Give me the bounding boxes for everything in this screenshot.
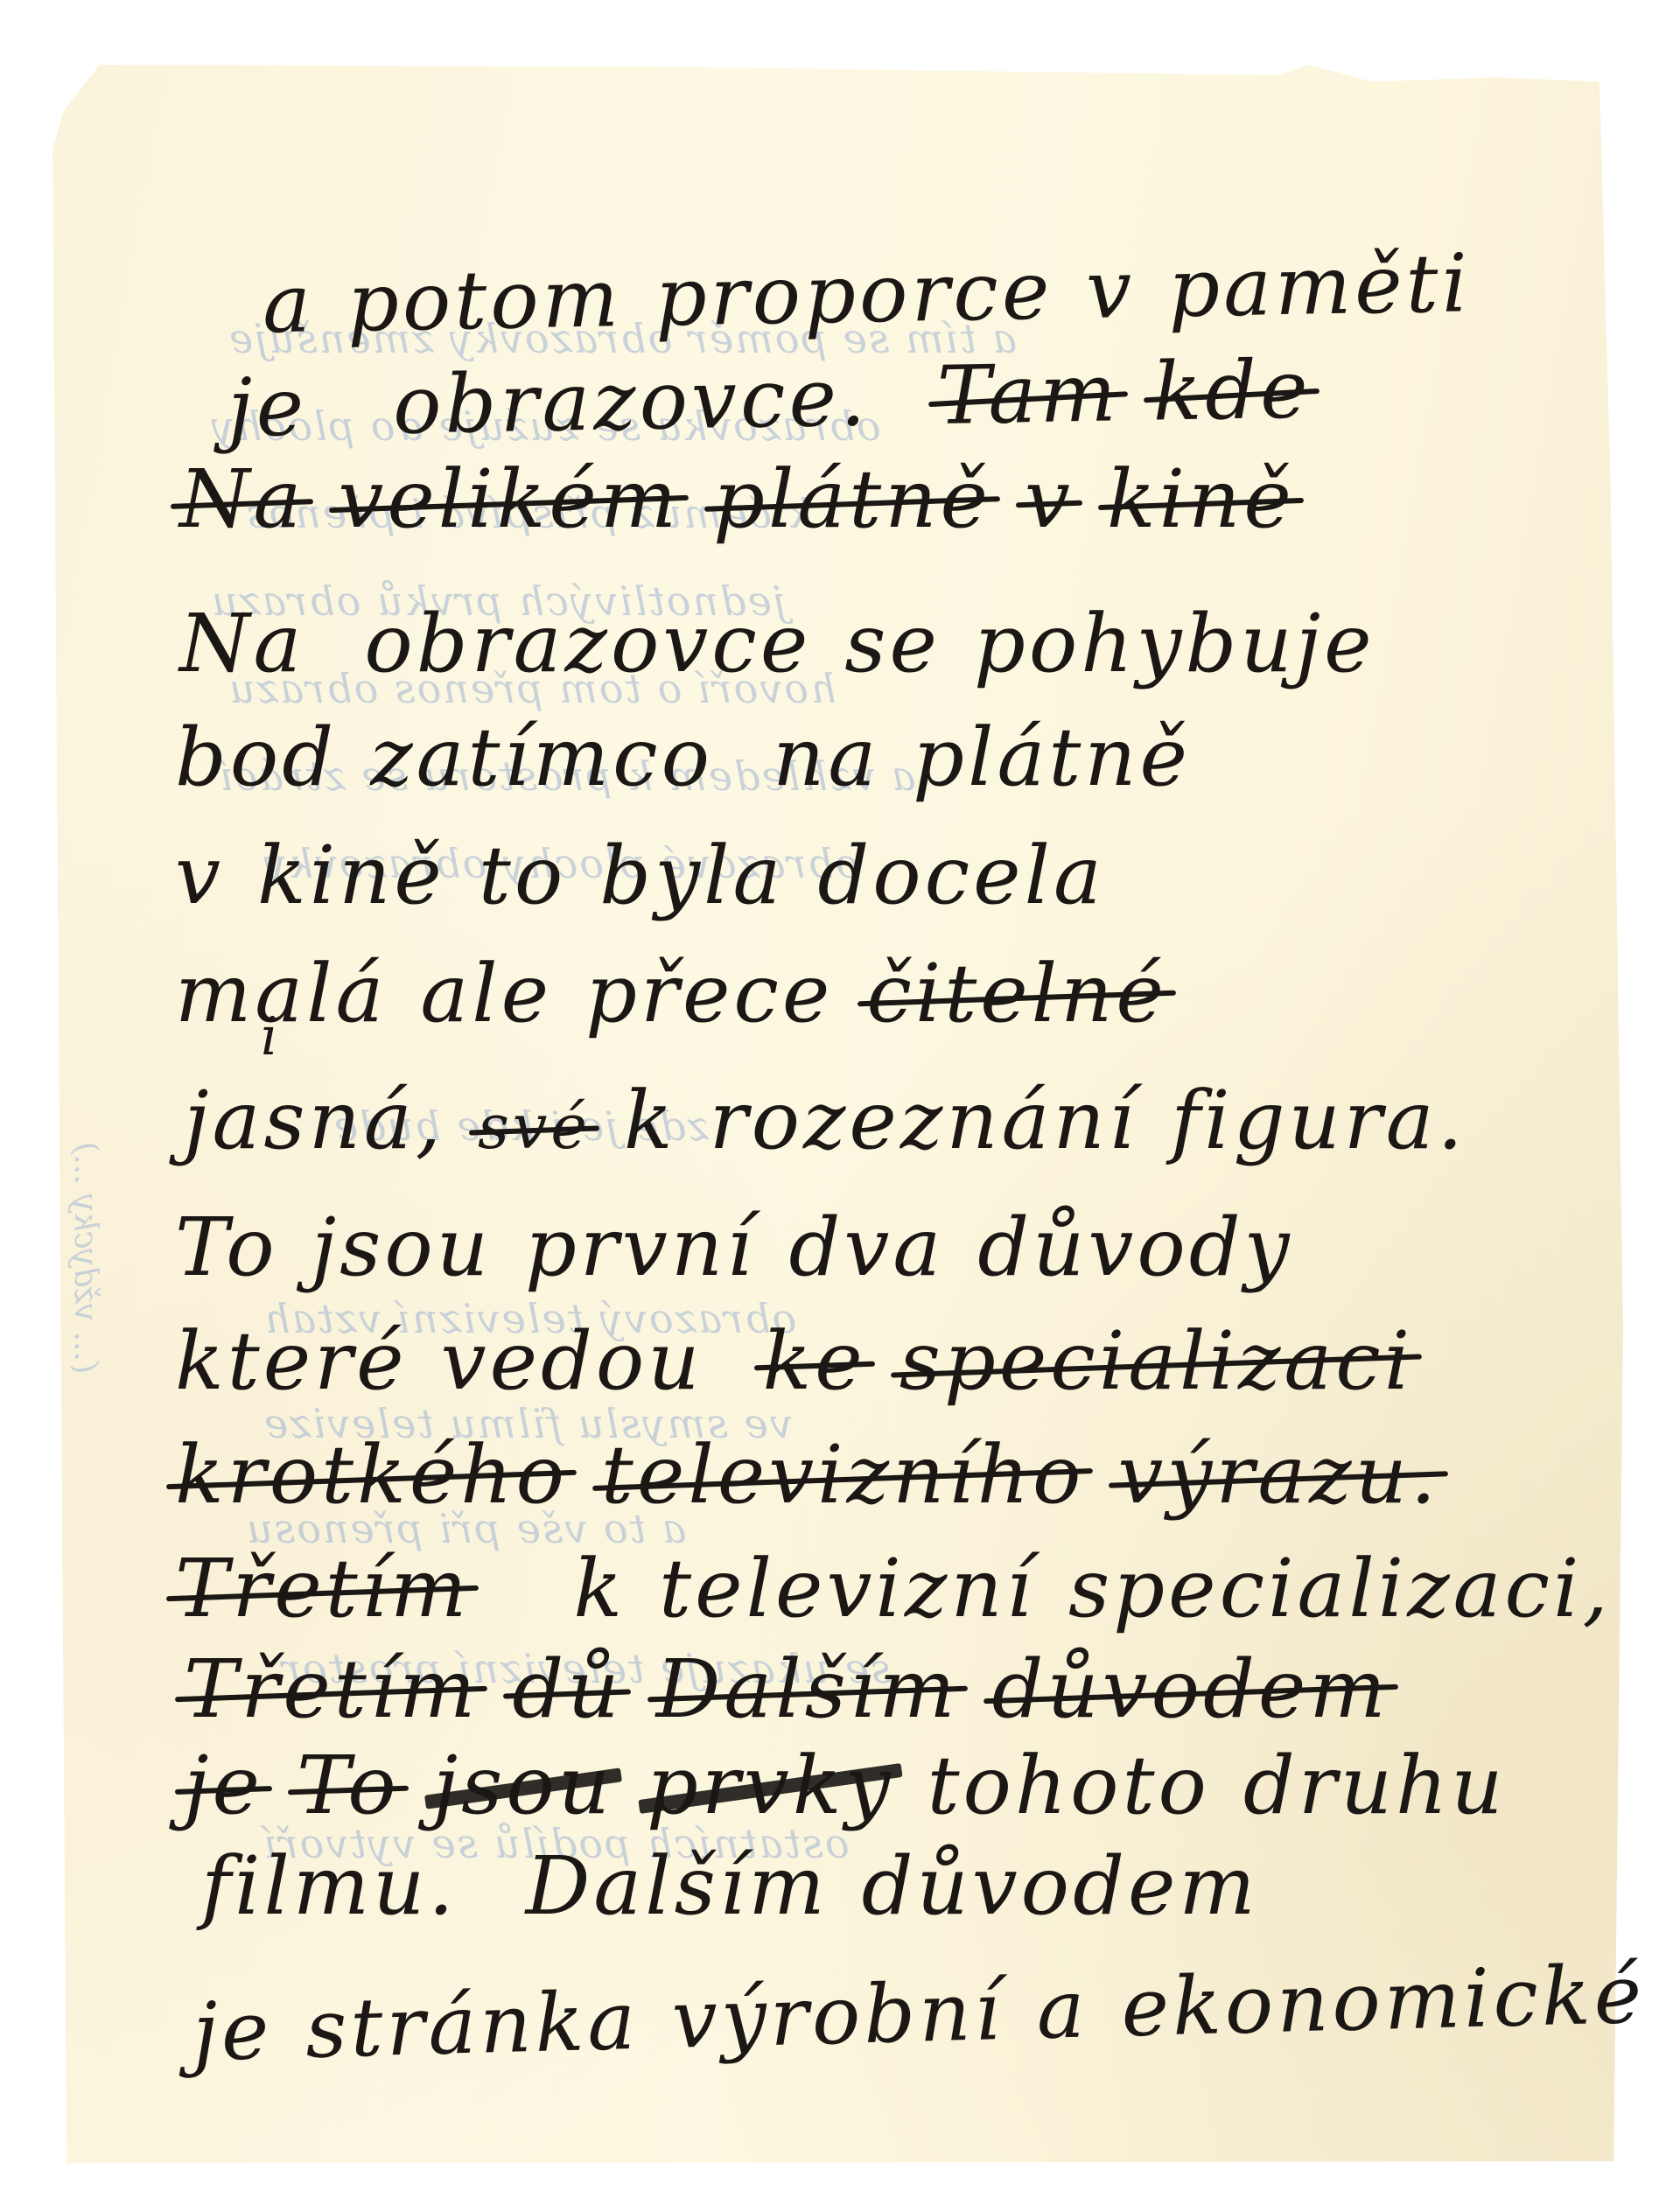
word: bod [175, 717, 337, 798]
word: k [624, 1081, 676, 1161]
word: proporce [654, 251, 1053, 339]
manuscript-line: jeTojsouprvkytohotodruhu [184, 1746, 1540, 1826]
manuscript-line: TřetímdůDalšímdůvodem [184, 1649, 1423, 1730]
word: figura. [1171, 1081, 1466, 1161]
struck-word: kde [1152, 350, 1312, 433]
struck-word: Dalším [656, 1649, 959, 1730]
struck-word: je [184, 1746, 263, 1826]
word: k [573, 1549, 626, 1629]
manuscript-line: Tojsouprvnídvadůvody [175, 1207, 1326, 1288]
word: které [175, 1321, 408, 1402]
word: jsou [311, 1207, 492, 1288]
word: první [525, 1207, 756, 1288]
struck-word: dů [512, 1649, 622, 1730]
manuscript-line: maláalepřecečitelné [175, 954, 1200, 1034]
word: na [773, 717, 879, 798]
manuscript-line: kterévedoukespecializaci [175, 1321, 1446, 1402]
word: stránka [304, 1981, 640, 2070]
struck-word: Na [179, 459, 304, 540]
word: obrazovce [364, 604, 811, 684]
struck-word: velikém [338, 459, 680, 540]
word: v [1085, 249, 1136, 331]
struck-word: Třetím [175, 1549, 470, 1629]
struck-word: krotkého [175, 1435, 568, 1515]
struck-word: v [1025, 459, 1074, 540]
struck-word: plátně [713, 459, 991, 540]
word: byla [599, 836, 784, 916]
word: dva [789, 1207, 945, 1288]
insertion-mark: i [261, 1011, 281, 1063]
manuscript-line: Třetímktelevizníspecializaci, [175, 1549, 1645, 1629]
word: specializaci, [1068, 1549, 1612, 1629]
word: docela [817, 836, 1105, 916]
struck-word: výrazu. [1117, 1435, 1439, 1515]
manuscript-line: filmu.Dalšímdůvodem [201, 1846, 1292, 1927]
manuscript-line: Navelikémplátněvkině [179, 459, 1328, 540]
word: kině [257, 836, 445, 916]
word: vedou [441, 1321, 703, 1402]
manuscript-line: jeobrazovce.Tamkde [227, 349, 1345, 449]
show-through-margin-note: (... vždycky ...) [67, 1142, 103, 1374]
word: filmu. [201, 1846, 458, 1927]
struck-word: důvodem [992, 1649, 1389, 1730]
word: ale [420, 954, 552, 1034]
struck-word: čitelné [866, 954, 1167, 1034]
struck-word: ke [763, 1321, 866, 1402]
word: důvody [977, 1207, 1292, 1288]
word: je [192, 1991, 273, 2073]
word: druhu [1243, 1746, 1507, 1826]
manuscript-line: jasná,svékrozeznánífigura. [184, 1081, 1500, 1161]
manuscript-line: krotkéhotelevizníhovýrazu. [175, 1435, 1473, 1515]
word: a [262, 263, 314, 345]
struck-word: To [297, 1746, 400, 1826]
word: se [844, 604, 941, 684]
word: tohoto [927, 1746, 1210, 1826]
word: To [175, 1207, 278, 1288]
word: ekonomické [1120, 1955, 1646, 2049]
struck-word: kině [1107, 459, 1295, 540]
word: a [1036, 1969, 1089, 2051]
word: výrobní [671, 1971, 1004, 2061]
word: paměti [1167, 243, 1471, 329]
word: přece [585, 954, 833, 1034]
word: je [227, 367, 308, 450]
word: zatímco [370, 717, 713, 798]
struck-word: své [478, 1096, 591, 1158]
word: Dalším [526, 1846, 829, 1927]
scribbled-word: jsou [433, 1746, 613, 1826]
word: Na [179, 604, 304, 684]
word: to [479, 836, 566, 916]
word: pohybuje [974, 604, 1375, 684]
struck-word: specializaci [899, 1321, 1413, 1402]
word: v [175, 836, 224, 916]
word: plátně [913, 717, 1191, 798]
manuscript-line: Naobrazovcesepohybuje [179, 604, 1409, 684]
struck-word: televizního [601, 1435, 1084, 1515]
word: jasná, [184, 1081, 444, 1161]
manuscript-line: bodzatímconaplátně [175, 717, 1224, 798]
word: obrazovce. [392, 357, 870, 445]
scribbled-word: prvky [647, 1746, 894, 1826]
word: rozeznání [710, 1081, 1138, 1161]
word: důvodem [862, 1846, 1259, 1927]
manuscript-line: vkinětobyladocela [175, 836, 1138, 916]
struck-word: Třetím [184, 1649, 479, 1730]
struck-word: Tam [936, 353, 1120, 437]
word: televizní [659, 1549, 1035, 1629]
manuscript-line: apotomproporcevpaměti [262, 243, 1504, 346]
word: potom [346, 258, 622, 343]
